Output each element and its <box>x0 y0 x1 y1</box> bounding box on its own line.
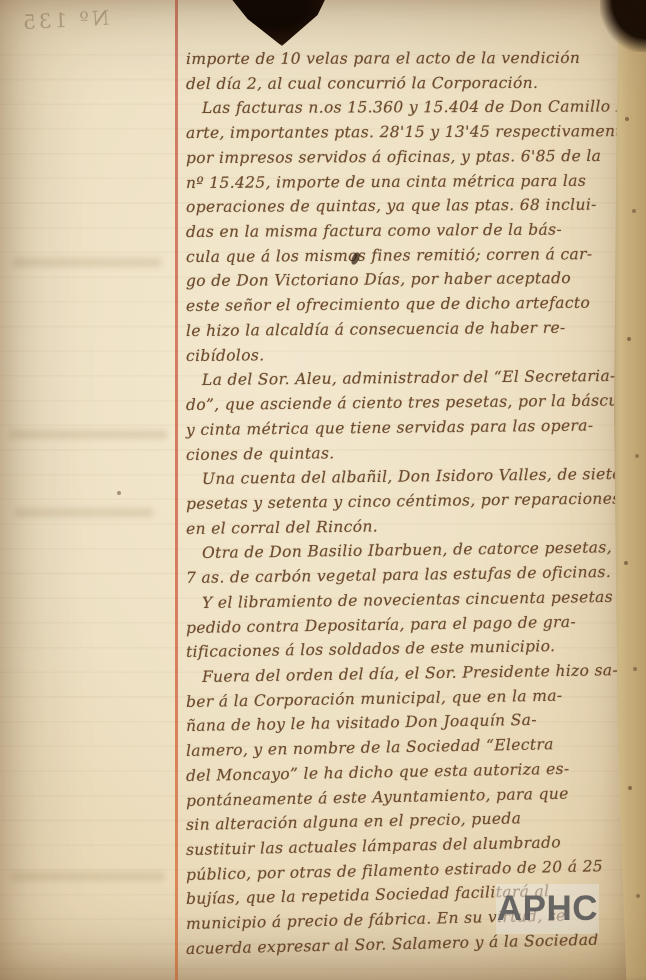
manuscript-line: bujías, que la repetida Sociedad facilit… <box>186 883 550 909</box>
manuscript-line: cibídolos. <box>186 346 265 365</box>
manuscript-line: y cinta métrica que tiene servidas para … <box>186 416 594 438</box>
manuscript-line: del Moncayo” le ha dicho que esta autori… <box>186 760 570 785</box>
manuscript-line: lamero, y en nombre de la Sociedad “Elec… <box>186 735 554 760</box>
manuscript-photo: Nº 135 importe de 10 velas para el acto … <box>0 0 646 980</box>
foxing-speckles <box>0 0 2 2</box>
manuscript-line: del día 2, al cual concurrió la Corporac… <box>186 74 538 93</box>
manuscript-line: do”, que asciende á ciento tres pesetas,… <box>186 391 634 414</box>
manuscript-line: pedido contra Depositaría, para el pago … <box>186 612 576 636</box>
manuscript-line: Otra de Don Basilio Ibarbuen, de catorce… <box>202 538 645 562</box>
manuscript-line: Una cuenta del albañil, Don Isidoro Vall… <box>202 465 622 488</box>
manuscript-line: Y el libramiento de novecientas cincuent… <box>202 587 642 612</box>
book-cover-corner <box>600 0 646 52</box>
manuscript-line: arte, importantes ptas. 28'15 y 13'45 re… <box>186 122 637 142</box>
manuscript-line: cula que á los mismos fines remitió; cor… <box>186 245 593 266</box>
manuscript-line: pesetas y setenta y cinco céntimos, por … <box>186 489 621 513</box>
manuscript-line: le hizo la alcaldía á consecuencia de ha… <box>186 319 566 340</box>
manuscript-line: das en la misma factura como valor de la… <box>186 221 562 241</box>
manuscript-line: tificaciones á los soldados de este muni… <box>186 637 556 661</box>
manuscript-line: este señor el ofrecimiento que de dicho … <box>186 294 590 315</box>
archive-watermark: APHC <box>496 884 599 934</box>
manuscript-line: sin alteración alguna en el precio, pued… <box>186 810 522 835</box>
manuscript-text: importe de 10 velas para el acto de la v… <box>0 0 646 980</box>
manuscript-line: La del Sor. Aleu, administrador del “El … <box>202 367 616 389</box>
manuscript-line: por impresos servidos á oficinas, y ptas… <box>186 147 601 167</box>
manuscript-line: público, por otras de filamento estirado… <box>186 857 603 884</box>
manuscript-line: go de Don Victoriano Días, por haber ace… <box>186 270 571 291</box>
manuscript-line: importe de 10 velas para el acto de la v… <box>186 49 580 68</box>
manuscript-line: pontáneamente á este Ayuntamiento, para … <box>186 784 569 809</box>
manuscript-line: nº 15.425, importe de una cinta métrica … <box>186 171 586 191</box>
manuscript-line: sustituir las actuales lámparas del alum… <box>186 833 561 859</box>
manuscript-line: operaciones de quintas, ya que las ptas.… <box>186 196 597 216</box>
manuscript-line: ciones de quintas. <box>186 444 335 464</box>
manuscript-line: acuerda expresar al Sor. Salamero y á la… <box>186 931 599 958</box>
manuscript-line: ñana de hoy le ha visitado Don Joaquín S… <box>186 711 537 735</box>
manuscript-line: Las facturas n.os 15.360 y 15.404 de Don… <box>202 98 637 118</box>
manuscript-line: ber á la Corporación municipal, que en l… <box>186 686 563 710</box>
manuscript-line: 7 as. de carbón vegetal para las estufas… <box>186 563 611 587</box>
manuscript-line: Fuera del orden del día, el Sor. Preside… <box>202 661 618 686</box>
manuscript-line: en el corral del Rincón. <box>186 517 378 538</box>
